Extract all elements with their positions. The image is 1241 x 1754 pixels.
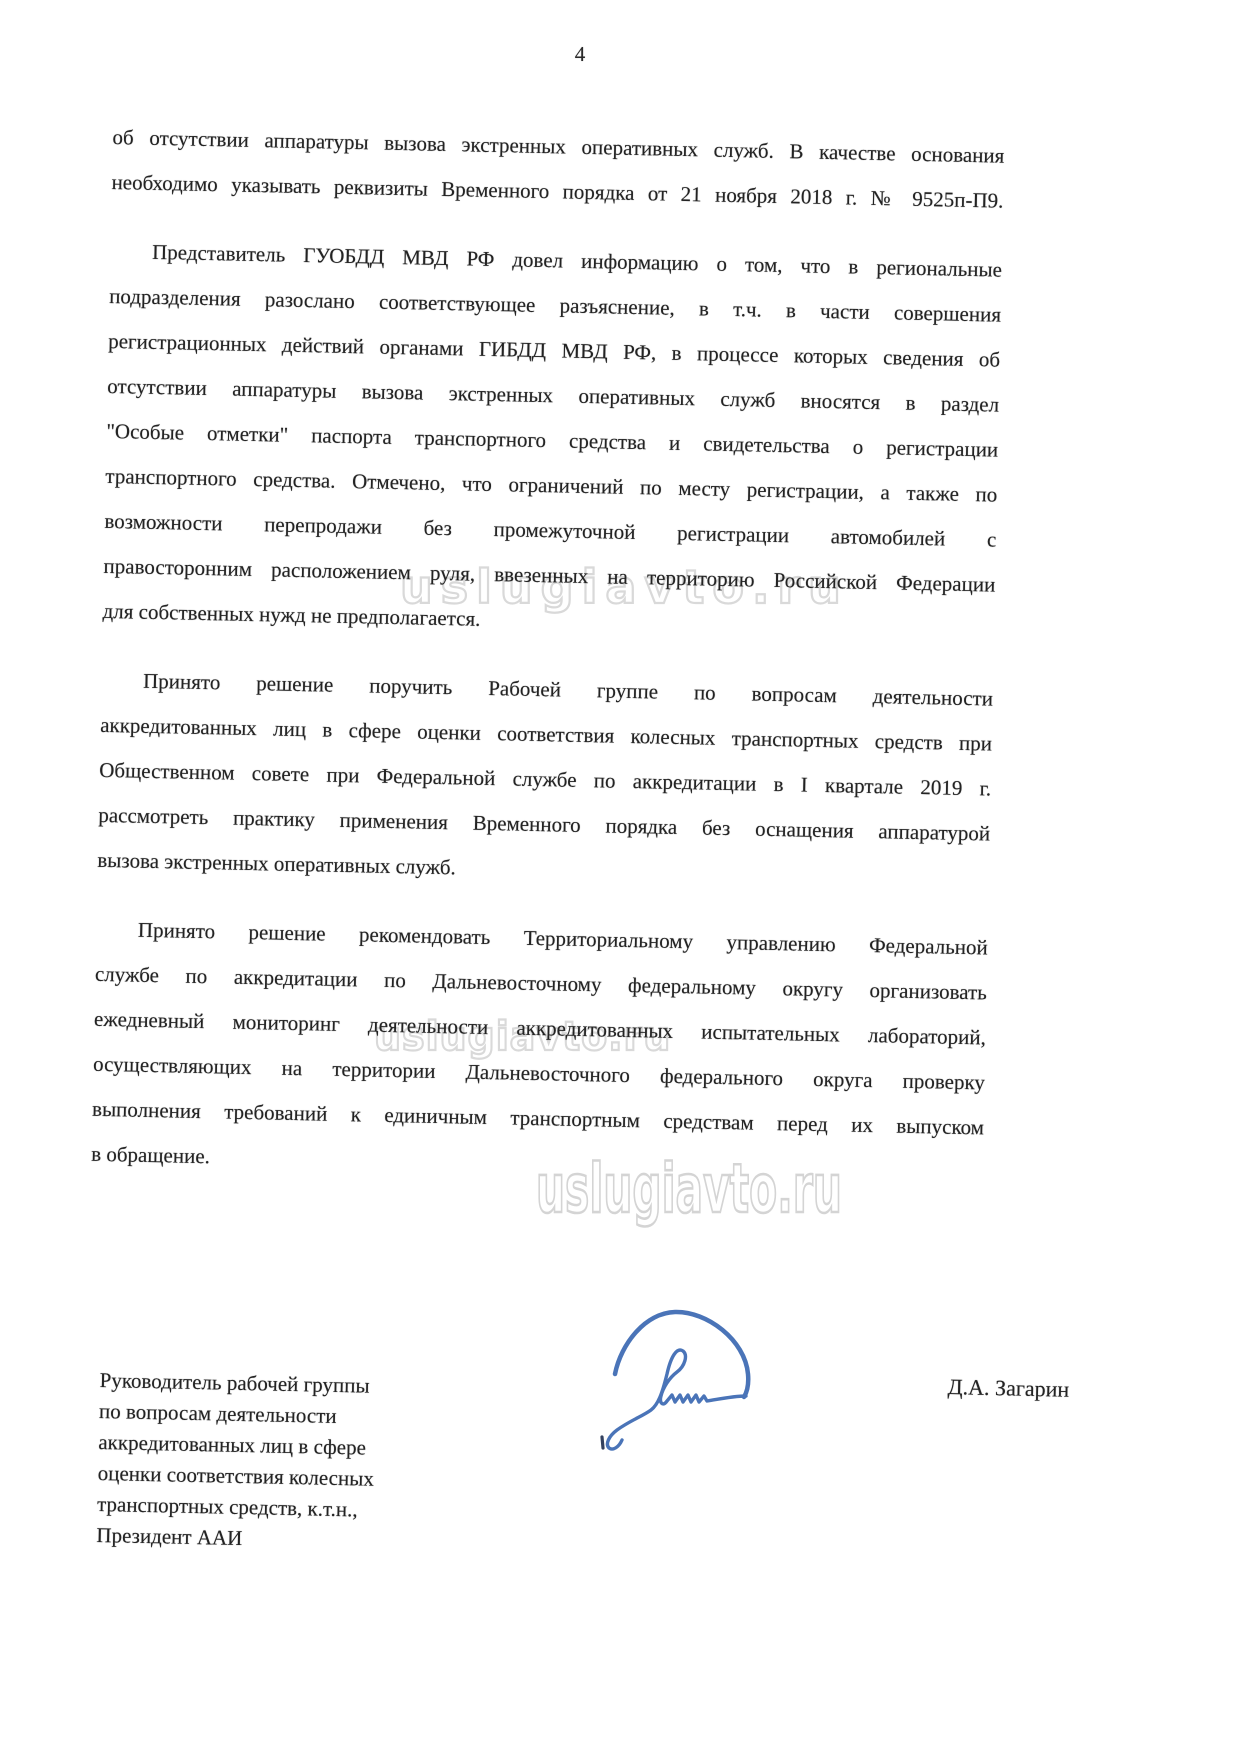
page-number: 4 — [560, 42, 600, 67]
signatory-title-block: Руководитель рабочей группыпо вопросам д… — [96, 1365, 460, 1558]
signatory-name: Д.А. Загарин — [947, 1374, 1069, 1403]
document-body: об отсутствии аппаратуры вызова экстренн… — [91, 115, 1005, 1195]
paragraph-2: Представитель ГУОБДД МВД РФ довел информ… — [102, 229, 1002, 653]
paragraph-4: Принято решение рекомендовать Территориа… — [91, 907, 988, 1196]
text-line: Президент ААИ — [96, 1520, 457, 1559]
paragraph-1: об отсутствии аппаратуры вызова экстренн… — [111, 115, 1005, 224]
signature-autograph-icon — [595, 1300, 760, 1460]
document-page: 4 об отсутствии аппаратуры вызова экстре… — [0, 0, 1241, 1754]
paragraph-3: Принято решение поручить Рабочей группе … — [97, 658, 994, 902]
